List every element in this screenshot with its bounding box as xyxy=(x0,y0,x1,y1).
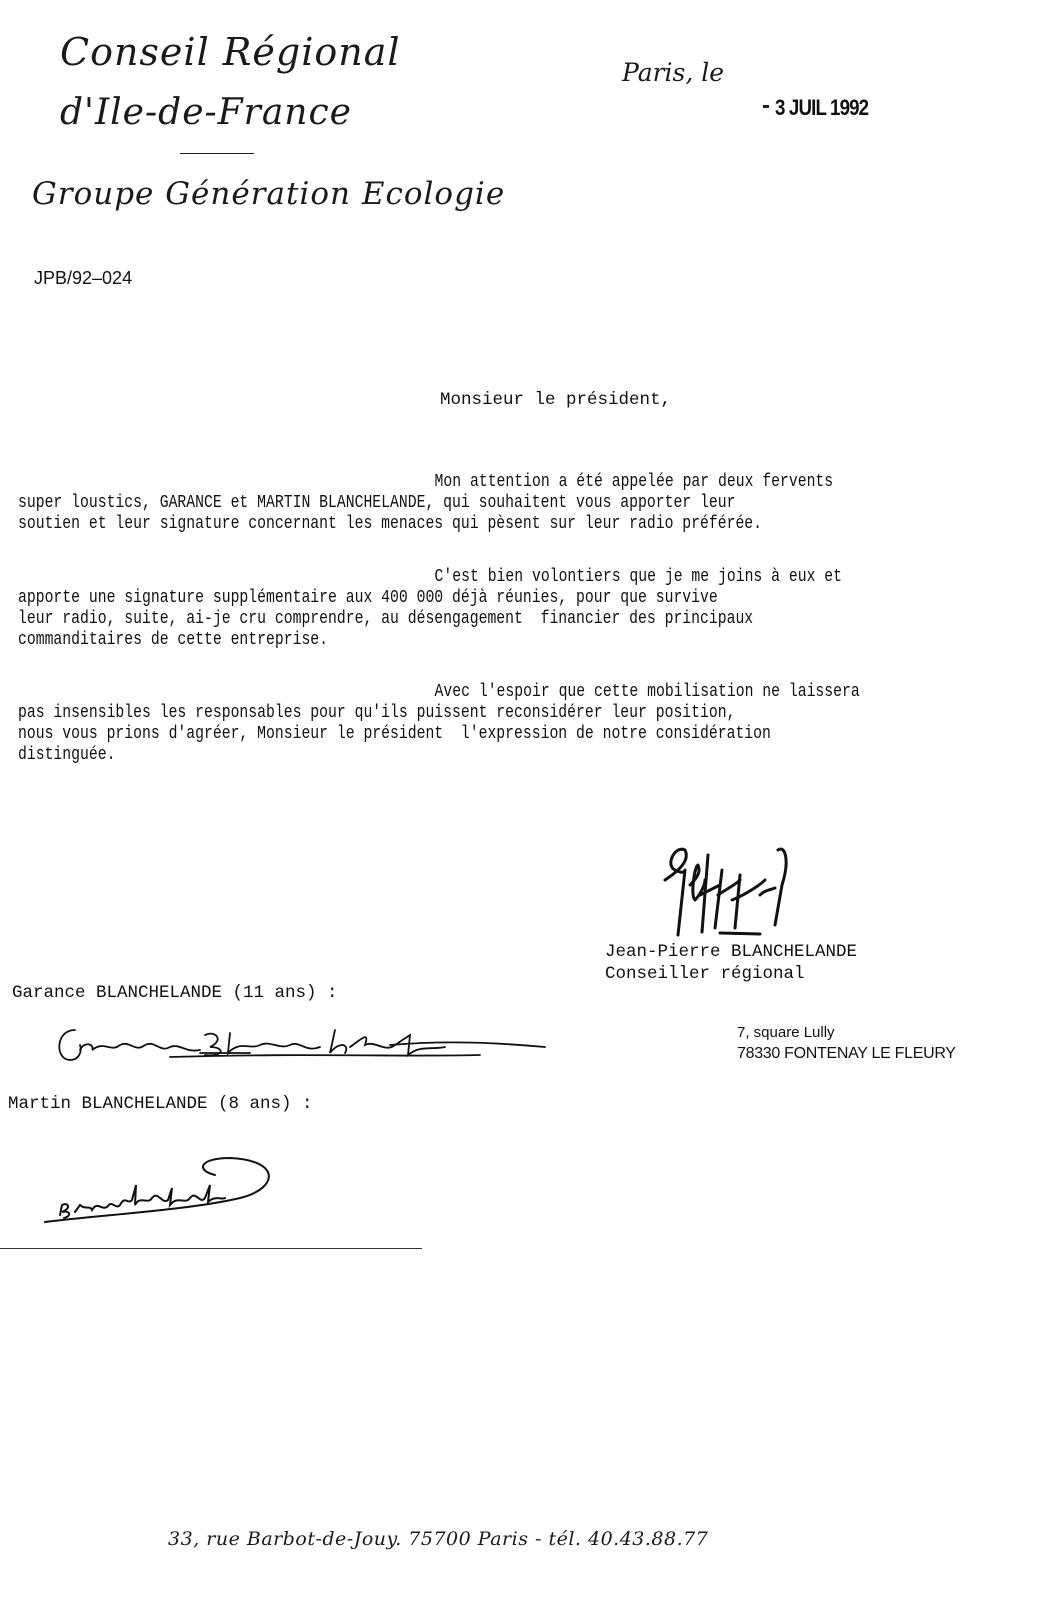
paragraph-line: Mon attention a été appelée par deux fer… xyxy=(18,472,838,493)
paragraph-line: pas insensibles les responsables pour qu… xyxy=(18,703,838,724)
body-paragraph-1: Mon attention a été appelée par deux fer… xyxy=(18,472,1018,535)
paragraph-line: commanditaires de cette entreprise. xyxy=(18,630,838,651)
bottom-divider xyxy=(0,1248,422,1249)
signatory-address-street: 7, square Lully xyxy=(737,1024,835,1041)
reference-number: JPB/92–024 xyxy=(34,268,132,289)
cosigner-martin-label: Martin BLANCHELANDE (8 ans) : xyxy=(8,1094,313,1114)
cosigner-garance-label: Garance BLANCHELANDE (11 ans) : xyxy=(12,983,338,1003)
footer-address: 33, rue Barbot-de-Jouy. 75700 Paris - té… xyxy=(168,1528,708,1550)
body-paragraph-3: Avec l'espoir que cette mobilisation ne … xyxy=(18,682,1018,766)
paragraph-line: distinguée. xyxy=(18,745,838,766)
paragraph-line: leur radio, suite, ai-je cru comprendre,… xyxy=(18,609,838,630)
letterhead-group: Groupe Génération Ecologie xyxy=(32,176,505,212)
paragraph-line: super loustics, GARANCE et MARTIN BLANCH… xyxy=(18,493,838,514)
letterhead-divider xyxy=(180,153,254,154)
letterhead-council-name: Conseil Régional xyxy=(60,30,401,74)
paragraph-line: soutien et leur signature concernant les… xyxy=(18,514,838,535)
cosigner-martin-signature xyxy=(40,1150,280,1230)
paragraph-line: C'est bien volontiers que je me joins à … xyxy=(18,567,838,588)
date-stamp: 3 JUIL 1992 xyxy=(775,95,868,121)
paragraph-line: Avec l'espoir que cette mobilisation ne … xyxy=(18,682,838,703)
signatory-signature xyxy=(660,840,820,940)
stamp-mark xyxy=(763,105,769,108)
place-label: Paris, le xyxy=(622,58,724,87)
cosigner-garance-signature xyxy=(50,1025,550,1065)
letterhead-region: d'Ile-de-France xyxy=(60,92,352,133)
signatory-address-city: 78330 FONTENAY LE FLEURY xyxy=(737,1045,956,1063)
signatory-name: Jean-Pierre BLANCHELANDE xyxy=(605,942,857,962)
paragraph-line: apporte une signature supplémentaire aux… xyxy=(18,588,838,609)
salutation: Monsieur le président, xyxy=(440,390,671,410)
signatory-title: Conseiller régional xyxy=(605,964,805,984)
paragraph-line: nous vous prions d'agréer, Monsieur le p… xyxy=(18,724,838,745)
body-paragraph-2: C'est bien volontiers que je me joins à … xyxy=(18,567,1018,651)
